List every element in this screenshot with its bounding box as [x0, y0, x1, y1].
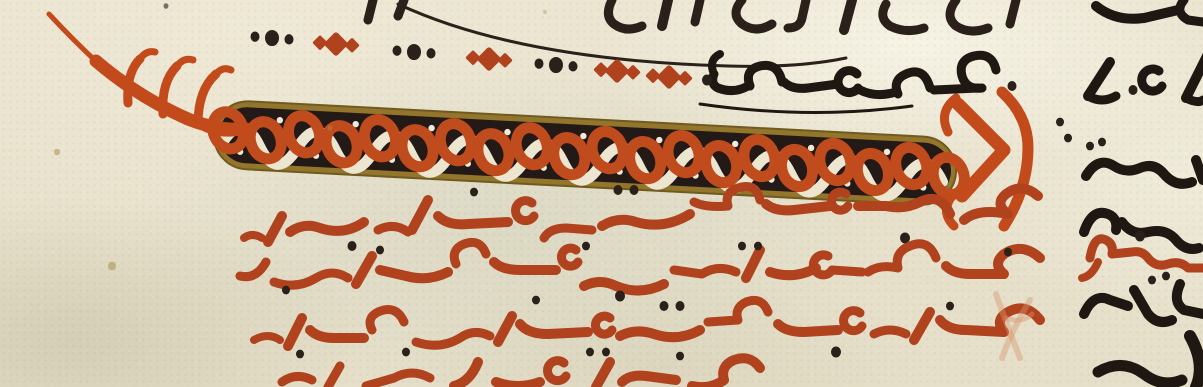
- rubric-line-3: [254, 300, 1040, 346]
- braid-band: [205, 99, 972, 207]
- manuscript-page: [0, 0, 1203, 387]
- rubric-line-4-dots: [296, 348, 684, 361]
- right-column-line-2: [1088, 54, 1203, 102]
- right-column-line-7: [1098, 336, 1200, 387]
- manuscript-art: [0, 0, 1203, 387]
- rubric-line-4-cut: [282, 358, 760, 387]
- headline-black-cut: [368, 0, 1016, 66]
- rubric-line-2: [240, 242, 1040, 290]
- right-column-line-3: [1086, 160, 1203, 184]
- right-column-line-1: [1096, 0, 1203, 22]
- rubric-line-3-dots: [402, 296, 954, 358]
- right-column-line-6: [1084, 284, 1203, 322]
